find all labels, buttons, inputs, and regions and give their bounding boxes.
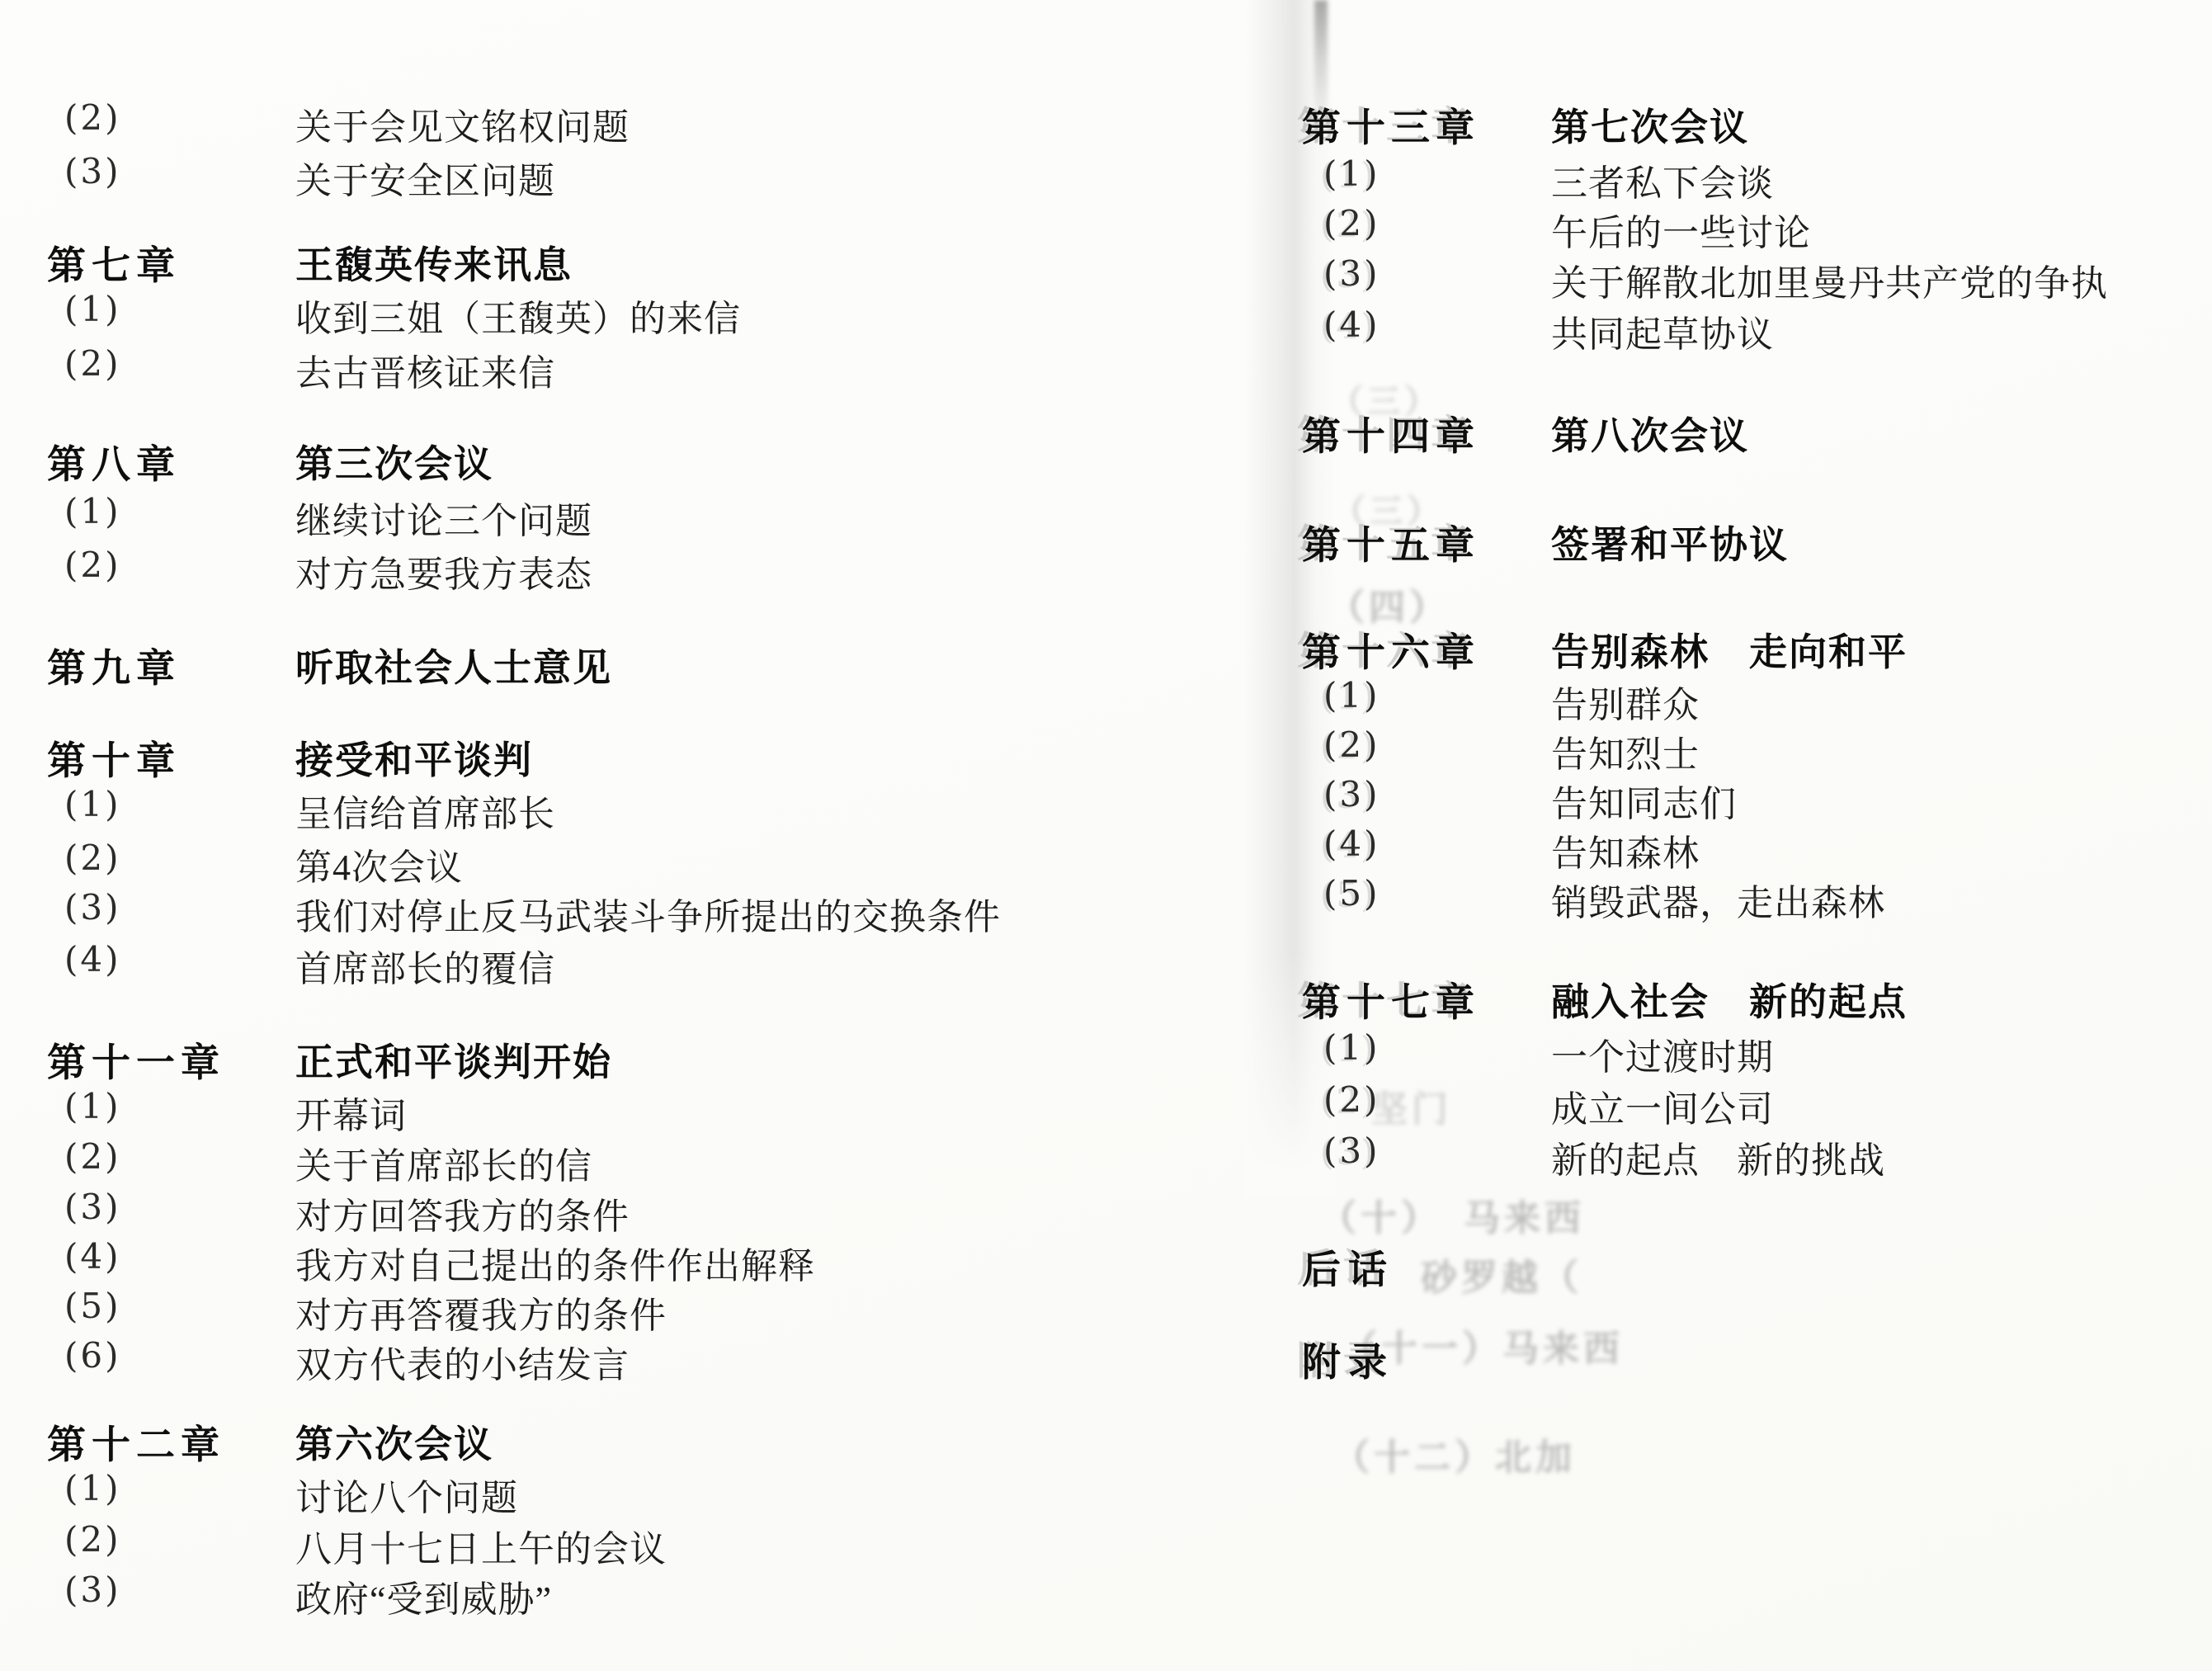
toc-chapter: 第十二章第六次会议 (0, 1414, 2212, 1464)
entry-number: (5) (64, 1286, 121, 1326)
toc-entry: (4)共同起草协议 (0, 304, 2212, 354)
toc-chapter: 第十三章第七次会议 (0, 97, 2212, 147)
toc-entry: (1)讨论八个问题 (0, 1468, 2212, 1518)
toc-entry: (3)新的起点 新的挑战 (0, 1131, 2212, 1180)
entry-title: 对方再答覆我方的条件 (295, 1286, 667, 1338)
entry-title: 告别群众 (1551, 675, 1700, 728)
toc-entry: (4)告知森林 (0, 824, 2212, 873)
chapter-title: 第八次会议 (1551, 406, 1749, 460)
entry-title: 告知烈士 (1551, 725, 1700, 777)
entry-title: 成立一间公司 (1551, 1079, 1774, 1132)
entry-number: (1) (1323, 153, 1380, 194)
entry-number: (3) (1323, 1131, 1380, 1171)
toc-section: 附录 (0, 1332, 2212, 1381)
entry-title: 三者私下会谈 (1551, 153, 1774, 206)
chapter-title: 第六次会议 (295, 1414, 493, 1469)
chapter-label: 第十四章 (1302, 406, 1480, 461)
toc-entry: (3)对方回答我方的条件 (0, 1187, 2212, 1236)
entry-title: 午后的一些讨论 (1551, 203, 1811, 256)
toc-chapter: 第十六章告别森林 走向和平 (0, 622, 2212, 672)
toc-entry: (2)成立一间公司 (0, 1079, 2212, 1129)
toc-chapter: 第十五章签署和平协议 (0, 515, 2212, 564)
entry-title: 销毁武器，走出森林 (1551, 873, 1885, 926)
toc-entry: (3)政府“受到威胁” (0, 1570, 2212, 1619)
section-label: 后话 (1302, 1239, 1394, 1295)
chapter-title: 告别森林 走向和平 (1551, 622, 1908, 677)
entry-number: (3) (1323, 774, 1380, 814)
entry-title: 八月十七日上午的会议 (295, 1519, 667, 1572)
entry-title: 告知森林 (1551, 824, 1700, 876)
entry-number: (1) (1323, 1027, 1380, 1068)
entry-number: (2) (64, 1519, 121, 1560)
entry-title: 关于解散北加里曼丹共产党的争执 (1551, 253, 2108, 306)
entry-number: (1) (1323, 675, 1380, 715)
toc-entry: (2)午后的一些讨论 (0, 203, 2212, 253)
toc-chapter: 第十七章融入社会 新的起点 (0, 972, 2212, 1022)
entry-number: (5) (1323, 873, 1380, 913)
entry-number: (4) (1323, 824, 1380, 864)
toc-entry: (2)告知烈士 (0, 725, 2212, 774)
entry-number: (4) (1323, 304, 1380, 345)
chapter-label: 第十三章 (1302, 97, 1480, 153)
toc-section: 后话 (0, 1239, 2212, 1289)
entry-title: 讨论八个问题 (295, 1468, 518, 1521)
entry-number: (2) (1323, 1079, 1380, 1120)
toc-entry: (1)一个过渡时期 (0, 1027, 2212, 1077)
entry-number: (2) (1323, 725, 1380, 765)
toc-entry: (1)三者私下会谈 (0, 153, 2212, 203)
toc-entry: (2)八月十七日上午的会议 (0, 1519, 2212, 1569)
entry-title: 对方回答我方的条件 (295, 1187, 630, 1239)
chapter-label: 第十六章 (1302, 622, 1480, 677)
toc-entry: (5)销毁武器，走出森林 (0, 873, 2212, 923)
entry-number: (3) (64, 1570, 121, 1610)
toc-chapter: 第十四章第八次会议 (0, 406, 2212, 456)
chapter-title: 签署和平协议 (1551, 515, 1789, 569)
entry-number: (3) (1323, 253, 1380, 294)
entry-title: 政府“受到威胁” (295, 1570, 552, 1622)
chapter-label: 第十二章 (47, 1414, 225, 1470)
entry-number: (2) (1323, 203, 1380, 243)
chapter-title: 融入社会 新的起点 (1551, 972, 1908, 1027)
chapter-label: 第十七章 (1302, 972, 1480, 1027)
entry-title: 一个过渡时期 (1551, 1027, 1774, 1080)
toc-entry: (3)关于解散北加里曼丹共产党的争执 (0, 253, 2212, 303)
section-label: 附录 (1302, 1332, 1394, 1387)
entry-number: (1) (64, 1468, 121, 1508)
entry-number: (3) (64, 1187, 121, 1227)
entry-title: 共同起草协议 (1551, 304, 1774, 357)
entry-title: 告知同志们 (1551, 774, 1737, 827)
toc-entry: (1)告别群众 (0, 675, 2212, 725)
scanned-toc-page: （三） （三） （四） 坚门 （十） 马来西 砂罗越（ （十一）马来西 （十二）… (0, 0, 2212, 1671)
entry-title: 新的起点 新的挑战 (1551, 1131, 1885, 1183)
chapter-label: 第十五章 (1302, 515, 1480, 570)
toc-entry: (5)对方再答覆我方的条件 (0, 1286, 2212, 1335)
chapter-title: 第七次会议 (1551, 97, 1749, 152)
toc-entry: (3)告知同志们 (0, 774, 2212, 824)
